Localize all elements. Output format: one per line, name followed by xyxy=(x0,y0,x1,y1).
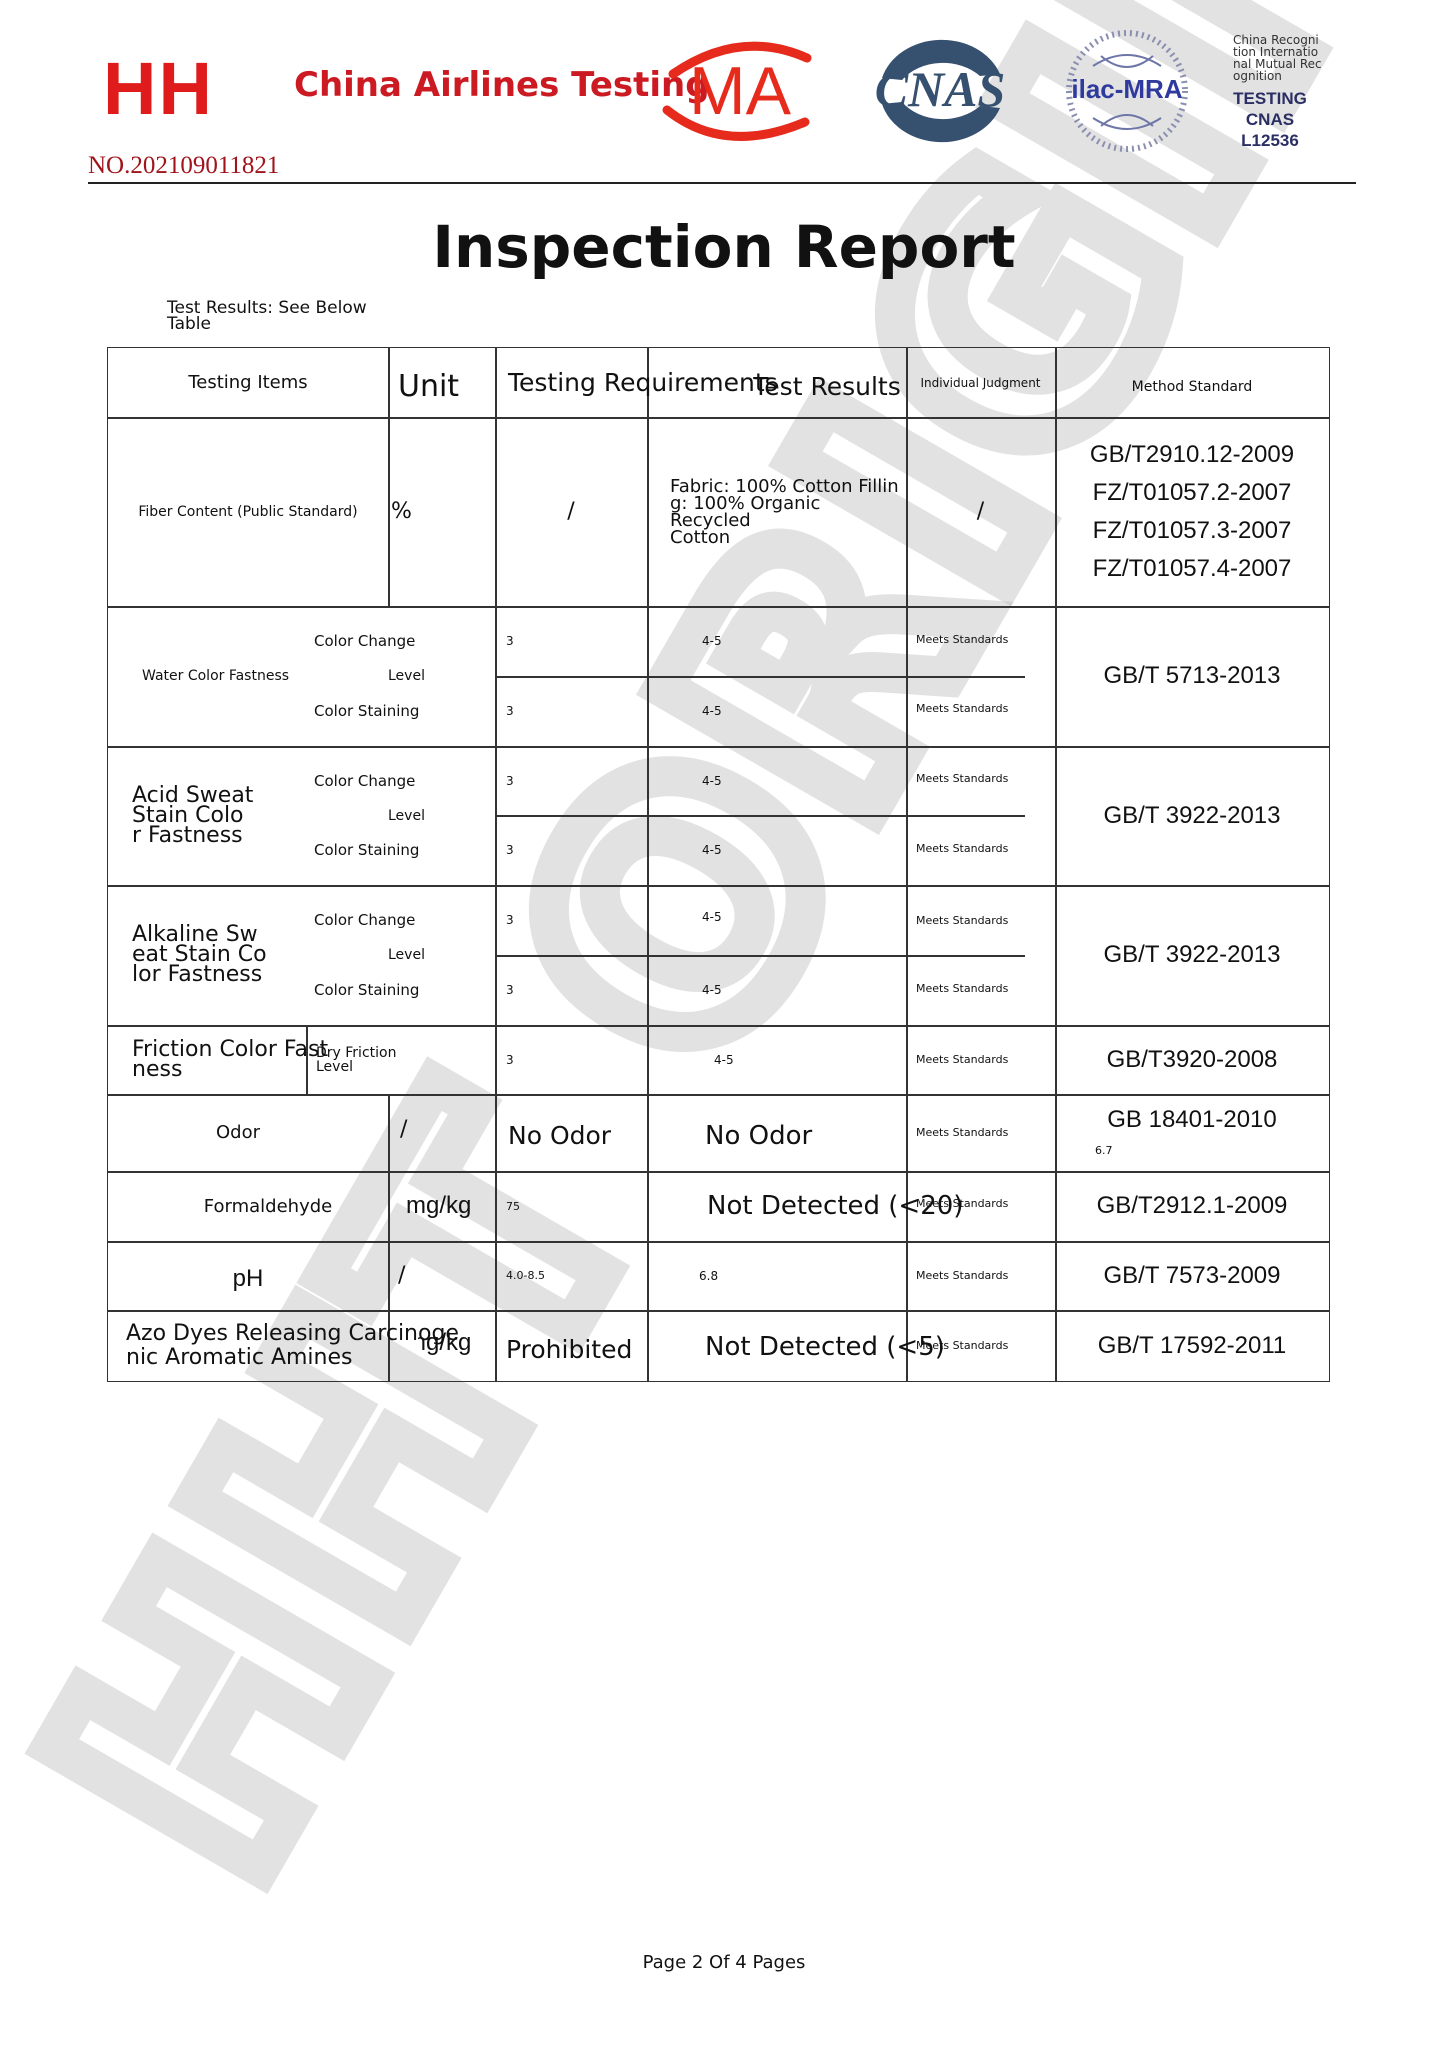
fiber-content-item: Fiber Content (Public Standard) xyxy=(108,417,388,606)
alkaline-change-result: 4-5 xyxy=(702,885,902,949)
ma-certification-logo: MA xyxy=(655,34,825,146)
ph-method: GB/T 7573-2009 xyxy=(1055,1241,1329,1310)
water-fastness-item: Water Color Fastness xyxy=(142,606,322,746)
accreditation-line-2: CNAS xyxy=(1226,109,1314,130)
acid-change-result: 4-5 xyxy=(702,746,902,816)
alkaline-sweat-unit: Level xyxy=(388,885,488,1025)
friction-requirement: 3 xyxy=(506,1025,646,1094)
alkaline-staining-result: 4-5 xyxy=(702,955,902,1025)
water-fastness-method: GB/T 5713-2013 xyxy=(1055,606,1329,746)
acid-staining-result: 4-5 xyxy=(702,815,902,885)
formaldehyde-item: Formaldehyde xyxy=(168,1171,368,1241)
acid-sweat-unit: Level xyxy=(388,746,488,886)
ph-judgment: Meets Standards xyxy=(916,1241,1055,1310)
accreditation-line-3: L12536 xyxy=(1226,130,1314,151)
svg-text:MA: MA xyxy=(689,53,792,129)
svg-text:ilac-MRA: ilac-MRA xyxy=(1071,74,1182,104)
azo-dyes-result: Not Detected (<5) xyxy=(705,1310,1065,1384)
water-staining-requirement: 3 xyxy=(506,676,646,746)
fiber-content-result: Fabric: 100% Cotton Fillin g: 100% Organ… xyxy=(670,417,906,606)
fiber-content-judgment: / xyxy=(906,417,1055,606)
alkaline-sweat-item: Alkaline Sw eat Stain Co lor Fastness xyxy=(132,885,312,1025)
recognition-text: China Recogni tion Internatio nal Mutual… xyxy=(1233,34,1323,82)
acid-staining-requirement: 3 xyxy=(506,815,646,885)
alkaline-change-judgment: Meets Standards xyxy=(916,885,1055,955)
cnas-logo: CNAS xyxy=(862,30,1017,150)
formaldehyde-unit: mg/kg xyxy=(406,1171,496,1241)
accreditation-line-1: TESTING xyxy=(1226,88,1314,109)
alkaline-staining-judgment: Meets Standards xyxy=(916,955,1055,1021)
odor-requirement: No Odor xyxy=(508,1094,647,1177)
azo-dyes-item: Azo Dyes Releasing Carcinoge nic Aromati… xyxy=(126,1310,506,1381)
odor-method: GB 18401-2010 xyxy=(1055,1094,1329,1134)
acid-change-judgment: Meets Standards xyxy=(916,746,1055,810)
header-individual-judgment: Individual Judgment xyxy=(906,348,1055,417)
accreditation-code: TESTING CNAS L12536 xyxy=(1226,88,1314,151)
ph-requirement: 4.0-8.5 xyxy=(506,1241,646,1310)
water-staining-judgment: Meets Standards xyxy=(916,676,1055,740)
acid-staining-judgment: Meets Standards xyxy=(916,815,1055,881)
fiber-content-requirement: / xyxy=(495,417,647,606)
header-testing-items: Testing Items xyxy=(108,348,388,417)
alkaline-sweat-method: GB/T 3922-2013 xyxy=(1055,885,1329,1025)
method-standard: FZ/T01057.3-2007 xyxy=(1093,512,1292,550)
water-staining-result: 4-5 xyxy=(702,676,902,746)
friction-dry-level: Dry Friction Level xyxy=(316,1025,426,1094)
lab-name: China Airlines Testing xyxy=(294,68,710,102)
header-method-standard: Method Standard xyxy=(1055,352,1329,421)
acid-sweat-item: Acid Sweat Stain Colo r Fastness xyxy=(132,746,312,886)
ilac-mra-logo: ilac-MRA xyxy=(1063,26,1191,156)
svg-text:CNAS: CNAS xyxy=(875,61,1006,117)
fiber-content-unit: % xyxy=(391,417,491,606)
ph-item: pH xyxy=(148,1241,348,1317)
header-divider xyxy=(88,182,1356,184)
friction-judgment: Meets Standards xyxy=(916,1025,1055,1094)
odor-judgment: Meets Standards xyxy=(916,1094,1055,1171)
alkaline-staining-requirement: 3 xyxy=(506,955,646,1025)
page-title: Inspection Report xyxy=(0,212,1448,282)
water-change-result: 4-5 xyxy=(702,606,902,676)
formaldehyde-result: Not Detected (<20) xyxy=(707,1171,1067,1241)
ph-result: 6.8 xyxy=(699,1241,899,1310)
fiber-content-methods: GB/T2910.12-2009 FZ/T01057.2-2007 FZ/T01… xyxy=(1055,417,1329,606)
method-standard: GB/T2910.12-2009 xyxy=(1090,436,1294,474)
friction-method: GB/T3920-2008 xyxy=(1055,1025,1329,1094)
azo-dyes-method: GB/T 17592-2011 xyxy=(1055,1310,1329,1381)
header-unit: Unit xyxy=(398,348,495,425)
azo-dyes-requirement: Prohibited xyxy=(506,1310,647,1388)
water-change-judgment: Meets Standards xyxy=(916,606,1055,672)
formaldehyde-method: GB/T2912.1-2009 xyxy=(1055,1171,1329,1241)
alkaline-change-requirement: 3 xyxy=(506,885,646,955)
acid-sweat-method: GB/T 3922-2013 xyxy=(1055,746,1329,886)
odor-unit: / xyxy=(400,1094,490,1164)
ph-unit: / xyxy=(398,1241,488,1310)
results-summary: Test Results: See Below Table xyxy=(167,300,387,332)
formaldehyde-requirement: 75 xyxy=(506,1171,646,1241)
page-footer: Page 2 Of 4 Pages xyxy=(0,1952,1448,1973)
company-logo: HH xyxy=(103,52,214,126)
odor-item: Odor xyxy=(108,1094,368,1171)
report-number: NO.202109011821 xyxy=(88,152,279,180)
method-standard: FZ/T01057.4-2007 xyxy=(1093,550,1292,588)
friction-result: 4-5 xyxy=(714,1025,904,1094)
method-standard: FZ/T01057.2-2007 xyxy=(1093,474,1292,512)
water-change-requirement: 3 xyxy=(506,606,646,676)
odor-method-note: 6.7 xyxy=(1095,1140,1155,1160)
water-fastness-unit: Level xyxy=(388,606,488,746)
acid-change-requirement: 3 xyxy=(506,746,646,816)
odor-result: No Odor xyxy=(705,1094,905,1177)
results-table: Testing Items Unit Testing Requirements … xyxy=(107,347,1330,1382)
